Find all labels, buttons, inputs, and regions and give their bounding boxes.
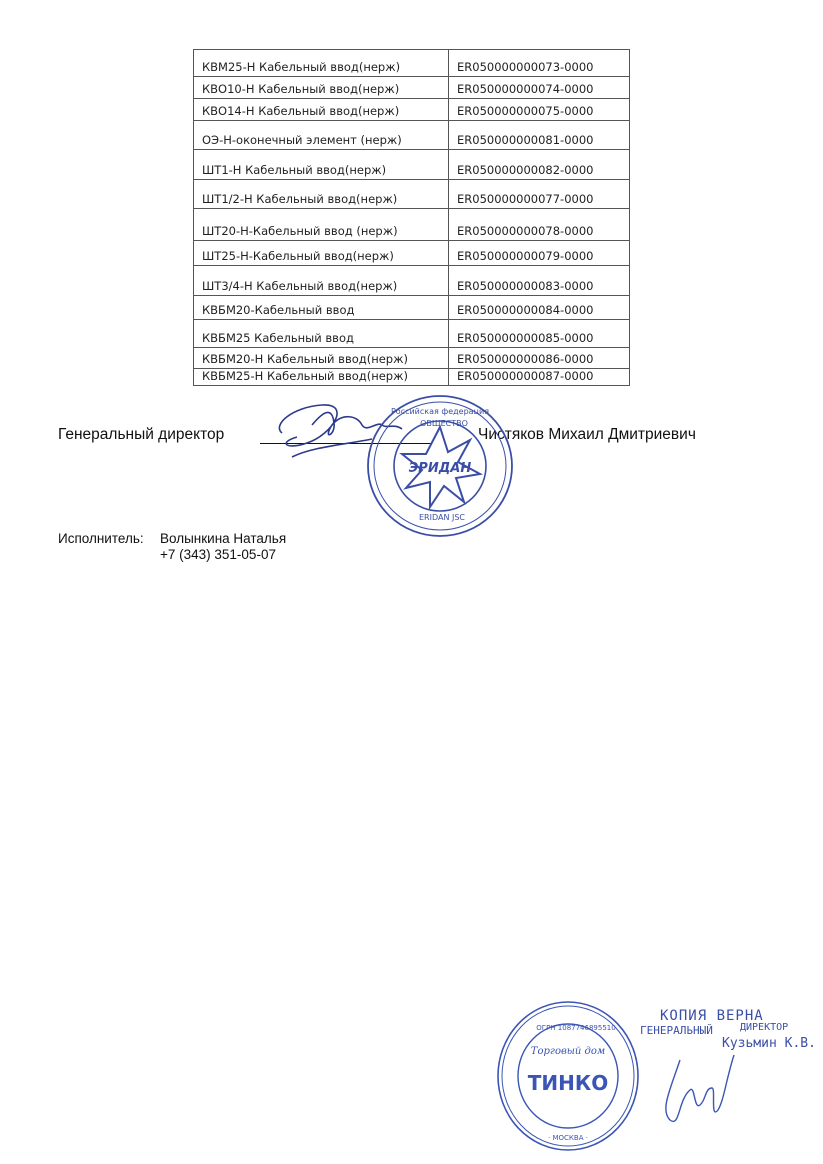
table-row: КВО10-Н Кабельный ввод(нерж)ER0500000000…	[194, 77, 630, 99]
table-row: КВБМ25-Н Кабельный ввод(нерж)ER050000000…	[194, 369, 630, 386]
product-code-cell: ER050000000083-0000	[449, 266, 630, 296]
svg-text:ERIDAN JSC: ERIDAN JSC	[419, 513, 465, 522]
product-code-cell: ER050000000082-0000	[449, 150, 630, 180]
product-name-cell: КВО14-Н Кабельный ввод(нерж)	[194, 99, 449, 121]
svg-text:· МОСКВА ·: · МОСКВА ·	[548, 1134, 588, 1142]
product-code-cell: ER050000000079-0000	[449, 241, 630, 266]
svg-text:ОГРН 1087746895510: ОГРН 1087746895510	[536, 1024, 615, 1032]
product-name-cell: ОЭ-Н-оконечный элемент (нерж)	[194, 121, 449, 150]
product-name-cell: КВБМ20-Н Кабельный ввод(нерж)	[194, 348, 449, 369]
table-row: КВМ25-Н Кабельный ввод(нерж)ER0500000000…	[194, 50, 630, 77]
table-row: КВБМ20-Кабельный вводER050000000084-0000	[194, 296, 630, 320]
table-row: ШТ1-Н Кабельный ввод(нерж)ER050000000082…	[194, 150, 630, 180]
product-name-cell: ШТ3/4-Н Кабельный ввод(нерж)	[194, 266, 449, 296]
table-row: ОЭ-Н-оконечный элемент (нерж)ER050000000…	[194, 121, 630, 150]
product-name-cell: КВБМ20-Кабельный ввод	[194, 296, 449, 320]
svg-text:ОБЩЕСТВО: ОБЩЕСТВО	[420, 419, 468, 428]
product-code-cell: ER050000000073-0000	[449, 50, 630, 77]
table-row: ШТ20-Н-Кабельный ввод (нерж)ER0500000000…	[194, 209, 630, 241]
product-table: КВМ25-Н Кабельный ввод(нерж)ER0500000000…	[193, 49, 630, 386]
product-code-cell: ER050000000081-0000	[449, 121, 630, 150]
product-name-cell: КВБМ25-Н Кабельный ввод(нерж)	[194, 369, 449, 386]
product-code-cell: ER050000000084-0000	[449, 296, 630, 320]
product-code-cell: ER050000000087-0000	[449, 369, 630, 386]
product-name-cell: ШТ1-Н Кабельный ввод(нерж)	[194, 150, 449, 180]
product-code-cell: ER050000000078-0000	[449, 209, 630, 241]
table-row: КВБМ25 Кабельный вводER050000000085-0000	[194, 320, 630, 348]
table-row: ШТ1/2-Н Кабельный ввод(нерж)ER0500000000…	[194, 180, 630, 209]
eridan-stamp-icon: ЭРИДАН ERIDAN JSC Российская федерация О…	[360, 392, 520, 542]
copy-position-label-2: ДИРЕКТОР	[740, 1022, 788, 1033]
table-row: ШТ25-Н-Кабельный ввод(нерж)ER05000000007…	[194, 241, 630, 266]
product-code-cell: ER050000000086-0000	[449, 348, 630, 369]
product-name-cell: КВМ25-Н Кабельный ввод(нерж)	[194, 50, 449, 77]
signatory-title: Генеральный директор	[58, 426, 224, 444]
product-code-cell: ER050000000077-0000	[449, 180, 630, 209]
svg-text:ТИНКО: ТИНКО	[528, 1071, 608, 1095]
product-name-cell: ШТ1/2-Н Кабельный ввод(нерж)	[194, 180, 449, 209]
product-code-cell: ER050000000075-0000	[449, 99, 630, 121]
tinko-stamp-icon: Торговый дом ТИНКО ОГРН 1087746895510 · …	[496, 998, 646, 1158]
product-name-cell: ШТ20-Н-Кабельный ввод (нерж)	[194, 209, 449, 241]
copy-signature-icon	[650, 1050, 740, 1130]
svg-text:ЭРИДАН: ЭРИДАН	[409, 461, 472, 476]
executor-label: Исполнитель:	[58, 531, 144, 546]
executor-phone: +7 (343) 351-05-07	[160, 547, 276, 562]
svg-text:Торговый дом: Торговый дом	[531, 1046, 605, 1057]
table-row: КВО14-Н Кабельный ввод(нерж)ER0500000000…	[194, 99, 630, 121]
product-name-cell: КВО10-Н Кабельный ввод(нерж)	[194, 77, 449, 99]
product-code-cell: ER050000000085-0000	[449, 320, 630, 348]
table-row: КВБМ20-Н Кабельный ввод(нерж)ER050000000…	[194, 348, 630, 369]
executor-name: Волынкина Наталья	[160, 531, 286, 546]
table-row: ШТ3/4-Н Кабельный ввод(нерж)ER0500000000…	[194, 266, 630, 296]
svg-text:Российская федерация: Российская федерация	[391, 407, 489, 416]
copy-position-label-1: ГЕНЕРАЛЬНЫЙ	[640, 1024, 713, 1037]
product-code-cell: ER050000000074-0000	[449, 77, 630, 99]
copy-signatory-name: Кузьмин К.В.	[722, 1036, 816, 1051]
product-name-cell: ШТ25-Н-Кабельный ввод(нерж)	[194, 241, 449, 266]
product-name-cell: КВБМ25 Кабельный ввод	[194, 320, 449, 348]
